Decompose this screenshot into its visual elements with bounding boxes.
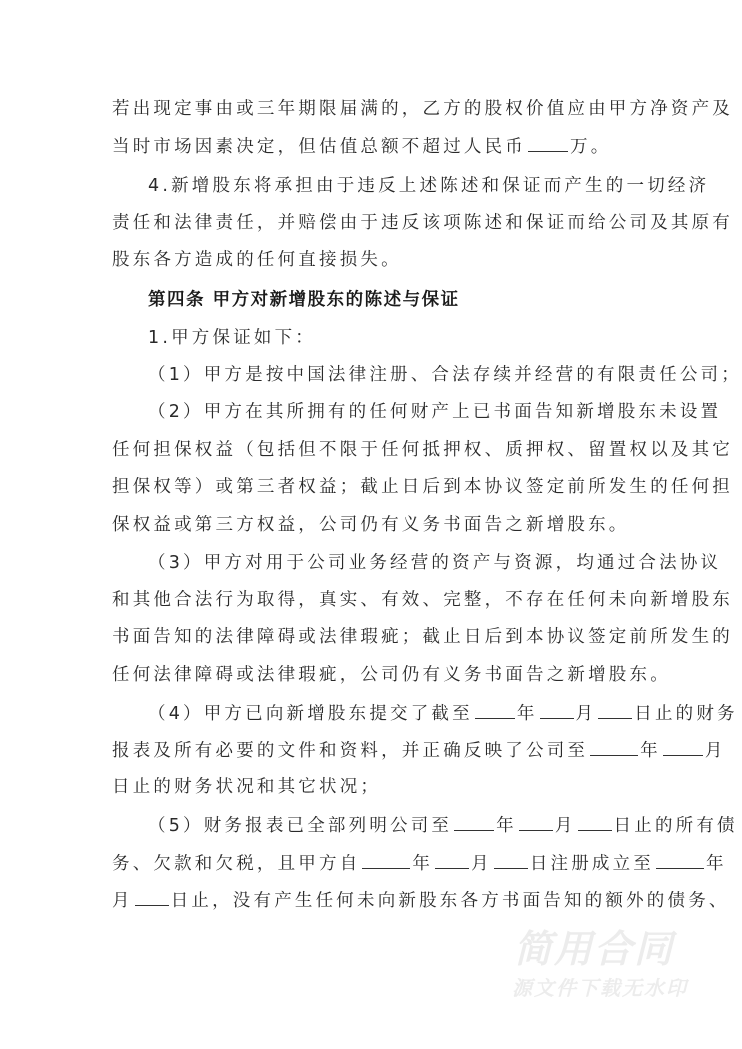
text-segment: 日止的所有债 [614, 816, 738, 836]
text-segment: 日注册成立至 [530, 854, 654, 874]
text-segment: 务、欠款和欠税，且甲方自 [112, 854, 360, 874]
text-segment: 月 [705, 741, 726, 761]
blank-field [528, 133, 568, 152]
text-line: 责任和法律责任，并赔偿由于违反该项陈述和保证而给公司及其原有 [112, 210, 632, 236]
text-line: 书面告知的法律障碍或法律瑕疵；截止日后到本协议签定前所发生的 [112, 624, 632, 650]
blank-field-day [135, 887, 169, 906]
text-segment: 万。 [570, 137, 611, 157]
blank-field-year [590, 737, 638, 756]
text-line: 任何法律障碍或法律瑕疵，公司仍有义务书面告之新增股东。 [112, 662, 632, 688]
text-segment: 月 [555, 816, 576, 836]
text-segment: （5）财务报表已全部列明公司至 [148, 816, 452, 836]
text-line: （2）甲方在其所拥有的任何财产上已书面告知新增股东未设置 [148, 399, 632, 425]
text-line: 和其他合法行为取得，真实、有效、完整，不存在任何未向新增股东 [112, 587, 632, 613]
text-segment: 月 [576, 704, 597, 724]
text-segment: 月 [471, 854, 492, 874]
blank-field-day [494, 850, 528, 869]
text-segment: 日止，没有产生任何未向新股东各方书面告知的额外的债务、 [171, 891, 730, 911]
text-line: 当时市场因素决定，但估值总额不超过人民币万。 [112, 133, 632, 159]
blank-field-year [656, 850, 704, 869]
text-segment: 年 [706, 854, 727, 874]
text-line: 报表及所有必要的文件和资料，并正确反映了公司至年月 [112, 737, 632, 763]
document-page: 若出现定事由或三年期限届满的，乙方的股权价值应由甲方净资产及 当时市场因素决定，… [0, 0, 742, 1049]
text-line: （1）甲方是按中国法律注册、合法存续并经营的有限责任公司； [148, 362, 632, 388]
text-line: 务、欠款和欠税，且甲方自年月日注册成立至年 [112, 850, 632, 876]
text-line: 担保权等）或第三者权益；截止日后到本协议签定前所发生的任何担 [112, 474, 632, 500]
text-segment: 日止的财务 [634, 704, 738, 724]
text-line: 月日止，没有产生任何未向新股东各方书面告知的额外的债务、 [112, 887, 632, 913]
text-line: 1.甲方保证如下： [148, 325, 632, 351]
blank-field-month [540, 700, 574, 719]
text-segment: 当时市场因素决定，但估值总额不超过人民币 [112, 137, 526, 157]
watermark-logo: 简用合同 [514, 918, 674, 973]
section-heading: 第四条 甲方对新增股东的陈述与保证 [148, 287, 668, 313]
blank-field-year [362, 850, 410, 869]
watermark-caption: 源文件下载无水印 [512, 972, 688, 1001]
blank-field-month [519, 812, 553, 831]
text-line: （5）财务报表已全部列明公司至年月日止的所有债 [148, 812, 632, 838]
blank-field-month [663, 737, 703, 756]
blank-field-year [454, 812, 494, 831]
text-line: 任何担保权益（包括但不限于任何抵押权、质押权、留置权以及其它 [112, 437, 632, 463]
blank-field-month [435, 850, 469, 869]
text-segment: 年 [412, 854, 433, 874]
text-segment: 年 [517, 704, 538, 724]
text-line: （4）甲方已向新增股东提交了截至年月日止的财务 [148, 700, 632, 726]
blank-field-day [578, 812, 612, 831]
text-segment: 月 [112, 891, 133, 911]
text-line: 保权益或第三方权益，公司仍有义务书面告之新增股东。 [112, 512, 632, 538]
text-segment: 年 [496, 816, 517, 836]
text-segment: 报表及所有必要的文件和资料，并正确反映了公司至 [112, 741, 588, 761]
text-line: （3）甲方对用于公司业务经营的资产与资源，均通过合法协议 [148, 550, 632, 576]
text-line: 4.新增股东将承担由于违反上述陈述和保证而产生的一切经济 [148, 173, 632, 199]
text-line: 若出现定事由或三年期限届满的，乙方的股权价值应由甲方净资产及 [112, 96, 632, 122]
text-segment: 年 [640, 741, 661, 761]
text-segment: （4）甲方已向新增股东提交了截至 [148, 704, 473, 724]
blank-field-day [598, 700, 632, 719]
blank-field-year [475, 700, 515, 719]
text-line: 股东各方造成的任何直接损失。 [112, 247, 632, 273]
text-line: 日止的财务状况和其它状况； [112, 774, 632, 800]
